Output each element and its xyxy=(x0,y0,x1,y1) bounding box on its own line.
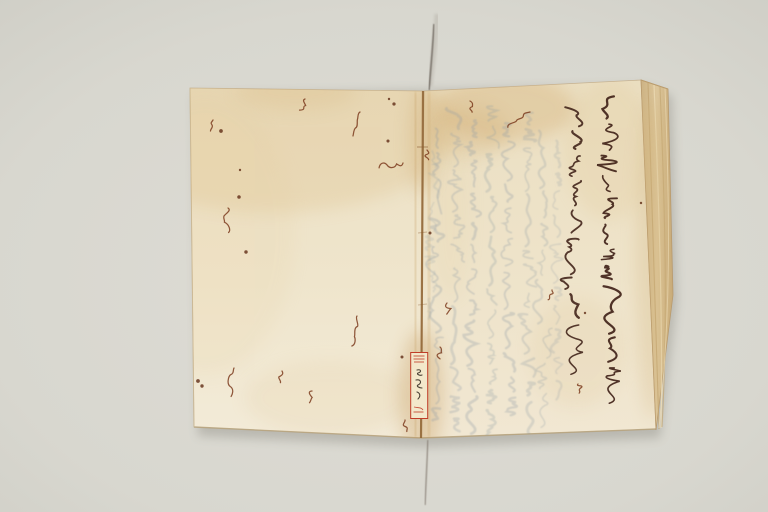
photo-canvas: Opened Japanese bound manuscript (washi … xyxy=(0,0,768,512)
collection-label xyxy=(411,353,428,419)
manuscript-photo: Opened Japanese bound manuscript (washi … xyxy=(0,0,768,512)
